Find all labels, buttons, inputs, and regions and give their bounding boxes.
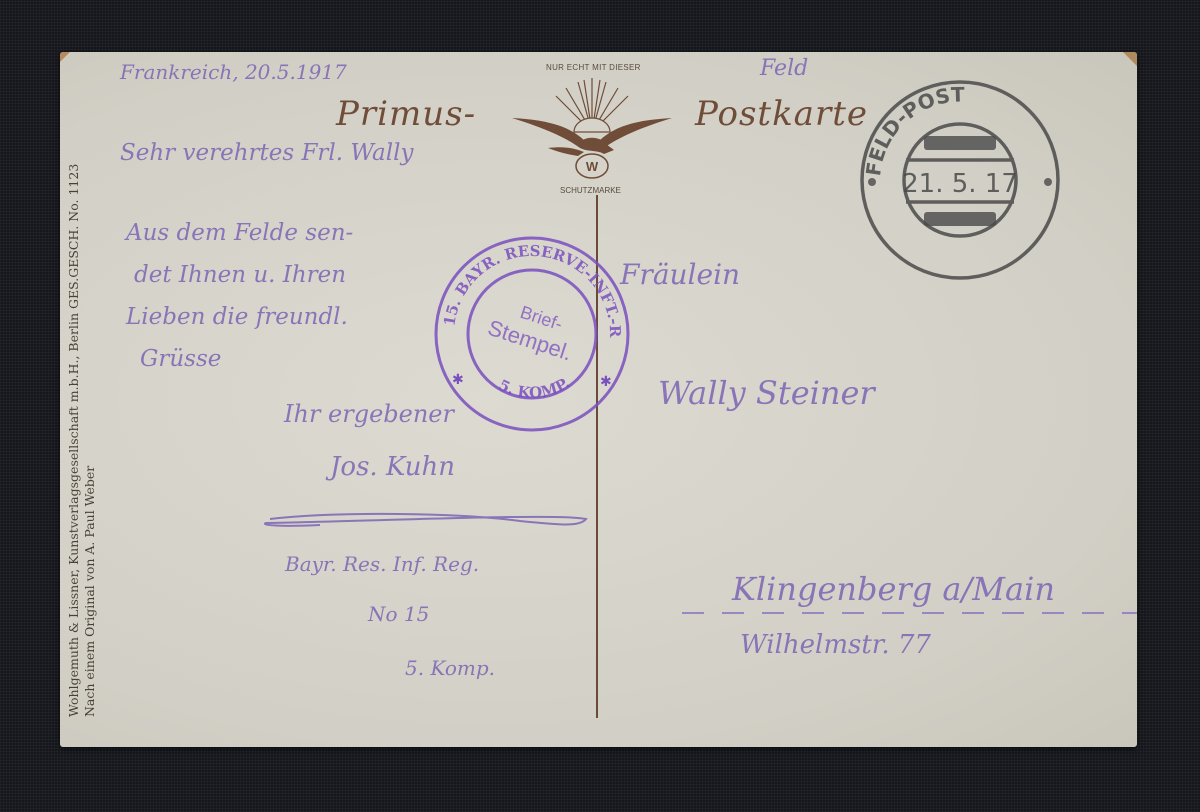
- publisher-line-1: Wohlgemuth & Lissner, Kunstverlagsgesell…: [66, 57, 82, 717]
- title-primus: Primus-: [336, 94, 476, 134]
- title-postkarte: Postkarte: [695, 94, 868, 134]
- sender-line-2: No 15: [368, 602, 429, 626]
- salutation: Sehr verehrtes Frl. Wally: [120, 140, 413, 166]
- sender-line-1: Bayr. Res. Inf. Reg.: [285, 552, 479, 576]
- svg-text:5. KOMP.: 5. KOMP.: [496, 374, 573, 402]
- postcard: Wohlgemuth & Lissner, Kunstverlagsgesell…: [60, 52, 1137, 747]
- svg-text:✱: ✱: [600, 375, 612, 390]
- message-line-2: det Ihnen u. Ihren: [134, 262, 346, 288]
- message-line-1: Aus dem Felde sen-: [126, 220, 353, 246]
- address-dashed-line: [682, 612, 1137, 614]
- recipient-title: Fräulein: [620, 258, 740, 291]
- signature-flourish: [260, 507, 590, 547]
- message-line-4: Grüsse: [140, 346, 221, 372]
- sender-line-3: 5. Komp.: [405, 656, 495, 680]
- recipient-name: Wally Steiner: [658, 374, 875, 412]
- svg-text:21. 5. 17: 21. 5. 17: [902, 169, 1018, 199]
- unit-letter-stamp-icon: 15. BAYR. RESERVE-INFT.-REGT. 5. KOMP. ✱…: [432, 234, 632, 434]
- trademark-caption-bottom: SCHUTZMARKE: [560, 186, 621, 195]
- worn-corner: [1123, 52, 1137, 66]
- recipient-city: Klingenberg a/Main: [732, 570, 1055, 608]
- svg-text:W: W: [586, 159, 599, 174]
- signature: Jos. Kuhn: [330, 452, 455, 482]
- closing: Ihr ergebener: [284, 400, 454, 428]
- svg-text:✱: ✱: [452, 373, 464, 388]
- message-line-3: Lieben die freundl.: [126, 304, 348, 330]
- feldpost-postmark-icon: FELD-POST 21. 5. 17: [858, 78, 1063, 283]
- feld-note: Feld: [760, 56, 808, 81]
- eagle-trademark-icon: W: [508, 70, 676, 185]
- place-date: Frankreich, 20.5.1917: [120, 60, 347, 84]
- recipient-street: Wilhelmstr. 77: [740, 630, 931, 660]
- publisher-imprint: Wohlgemuth & Lissner, Kunstverlagsgesell…: [66, 52, 96, 717]
- publisher-line-2: Nach einem Original von A. Paul Weber: [82, 57, 98, 717]
